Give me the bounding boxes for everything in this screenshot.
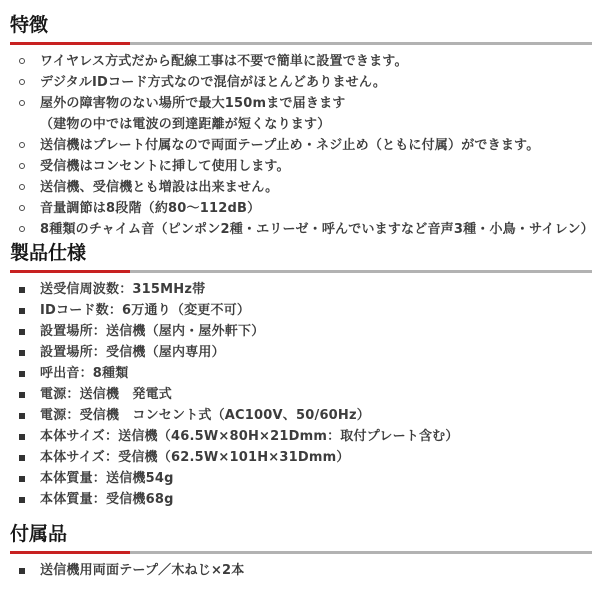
product-description-page: 特徴 ワイヤレス方式だから配線工事は不要で簡単に設置できます。 デジタルIDコー… (0, 0, 600, 581)
circle-bullet-icon (19, 100, 25, 106)
list-item: IDコード数：6万通り（変更不可） (10, 300, 592, 321)
square-bullet-icon (19, 497, 25, 503)
list-item: 送信機はプレート付属なので両面テープ止め・ネジ止め（ともに付属）ができます。 (10, 135, 592, 156)
square-bullet-icon (19, 392, 25, 398)
list-item: 本体質量：送信機54g (10, 468, 592, 489)
list-item-text: 8種類のチャイム音（ピンポン2種・エリーゼ・呼んでいますなど音声3種・小鳥・サイ… (40, 222, 594, 237)
list-item: 受信機はコンセントに挿して使用します。 (10, 156, 592, 177)
list-item: 本体サイズ：受信機（62.5W×101H×31Dmm） (10, 447, 592, 468)
accessories-list: 送信機用両面テープ／木ねじ×2本 (10, 560, 592, 581)
features-section: 特徴 ワイヤレス方式だから配線工事は不要で簡単に設置できます。 デジタルIDコー… (10, 13, 592, 240)
list-item: 音量調節は8段階（約80～112dB） (10, 198, 592, 219)
list-item: 送受信周波数：315MHz帯 (10, 279, 592, 300)
circle-bullet-icon (19, 205, 25, 211)
circle-bullet-icon (19, 58, 25, 64)
circle-bullet-icon (19, 226, 25, 232)
list-item-text: 電源：受信機 コンセント式（AC100V、50/60Hz） (40, 408, 370, 423)
list-item: 送信機用両面テープ／木ねじ×2本 (10, 560, 592, 581)
features-list: ワイヤレス方式だから配線工事は不要で簡単に設置できます。 デジタルIDコード方式… (10, 51, 592, 240)
accessories-heading: 付属品 (10, 522, 592, 546)
square-bullet-icon (19, 476, 25, 482)
list-item: 呼出音：8種類 (10, 363, 592, 384)
specs-section: 製品仕様 送受信周波数：315MHz帯 IDコード数：6万通り（変更不可） 設置… (10, 241, 592, 510)
list-item-continuation: （建物の中では電波の到達距離が短くなります） (40, 114, 592, 135)
square-bullet-icon (19, 350, 25, 356)
section-divider (10, 270, 592, 273)
list-item-text: 本体サイズ：送信機（46.5W×80H×21Dmm：取付プレート含む） (40, 429, 459, 444)
list-item: 電源：送信機 発電式 (10, 384, 592, 405)
divider-accent (10, 551, 130, 554)
list-item: 本体質量：受信機68g (10, 489, 592, 510)
accessories-section: 付属品 送信機用両面テープ／木ねじ×2本 (10, 522, 592, 581)
square-bullet-icon (19, 413, 25, 419)
list-item-text: 電源：送信機 発電式 (40, 387, 172, 402)
square-bullet-icon (19, 287, 25, 293)
list-item-text: 本体質量：受信機68g (40, 492, 174, 507)
list-item-text: 送信機はプレート付属なので両面テープ止め・ネジ止め（ともに付属）ができます。 (40, 138, 539, 153)
list-item: 本体サイズ：送信機（46.5W×80H×21Dmm：取付プレート含む） (10, 426, 592, 447)
list-item-text: 音量調節は8段階（約80～112dB） (40, 201, 260, 216)
list-item-text: 受信機はコンセントに挿して使用します。 (40, 159, 290, 174)
list-item-text: IDコード数：6万通り（変更不可） (40, 303, 250, 318)
list-item-text: 送受信周波数：315MHz帯 (40, 282, 205, 297)
list-item-text: 送信機用両面テープ／木ねじ×2本 (40, 563, 245, 578)
square-bullet-icon (19, 568, 25, 574)
specs-heading: 製品仕様 (10, 241, 592, 265)
circle-bullet-icon (19, 184, 25, 190)
list-item-text: ワイヤレス方式だから配線工事は不要で簡単に設置できます。 (40, 54, 408, 69)
list-item-text: 本体サイズ：受信機（62.5W×101H×31Dmm） (40, 450, 350, 465)
list-item: 電源：受信機 コンセント式（AC100V、50/60Hz） (10, 405, 592, 426)
divider-accent (10, 42, 130, 45)
list-item: 屋外の障害物のない場所で最大150mまで届きます（建物の中では電波の到達距離が短… (10, 93, 592, 135)
list-item: 8種類のチャイム音（ピンポン2種・エリーゼ・呼んでいますなど音声3種・小鳥・サイ… (10, 219, 592, 240)
square-bullet-icon (19, 308, 25, 314)
list-item-text: 本体質量：送信機54g (40, 471, 174, 486)
square-bullet-icon (19, 455, 25, 461)
specs-list: 送受信周波数：315MHz帯 IDコード数：6万通り（変更不可） 設置場所：送信… (10, 279, 592, 510)
list-item-text: 設置場所：送信機（屋内・屋外軒下） (40, 324, 264, 339)
square-bullet-icon (19, 434, 25, 440)
list-item-text: 呼出音：8種類 (40, 366, 128, 381)
section-divider (10, 42, 592, 45)
circle-bullet-icon (19, 142, 25, 148)
list-item-text: 設置場所：受信機（屋内専用） (40, 345, 225, 360)
circle-bullet-icon (19, 163, 25, 169)
square-bullet-icon (19, 329, 25, 335)
features-heading: 特徴 (10, 13, 592, 37)
list-item-text: 送信機、受信機とも増設は出来ません。 (40, 180, 278, 195)
list-item: 送信機、受信機とも増設は出来ません。 (10, 177, 592, 198)
list-item-text: 屋外の障害物のない場所で最大150mまで届きます (40, 96, 345, 111)
list-item-text: デジタルIDコード方式なので混信がほとんどありません。 (40, 75, 386, 90)
list-item: デジタルIDコード方式なので混信がほとんどありません。 (10, 72, 592, 93)
section-divider (10, 551, 592, 554)
square-bullet-icon (19, 371, 25, 377)
divider-accent (10, 270, 130, 273)
circle-bullet-icon (19, 79, 25, 85)
list-item: 設置場所：受信機（屋内専用） (10, 342, 592, 363)
list-item: 設置場所：送信機（屋内・屋外軒下） (10, 321, 592, 342)
list-item: ワイヤレス方式だから配線工事は不要で簡単に設置できます。 (10, 51, 592, 72)
